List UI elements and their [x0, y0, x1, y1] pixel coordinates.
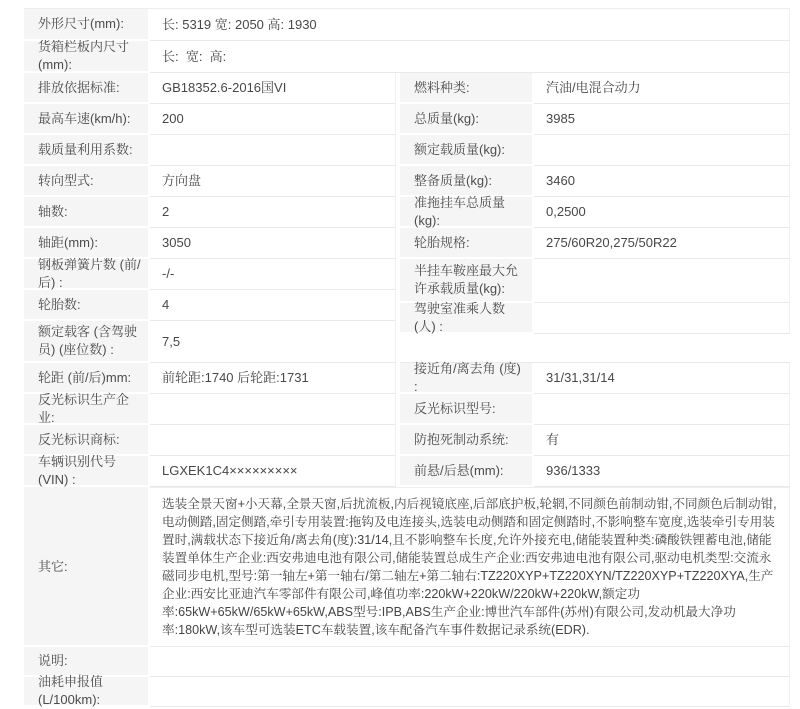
- spec-value: 选装全景天窗+小天幕,全景天窗,后扰流板,内后视镜底座,后部底护板,轮辋,不同颜…: [150, 487, 790, 647]
- spec-label: 货箱栏板内尺寸(mm):: [24, 41, 148, 73]
- spec-label: 防抱死制动系统:: [400, 425, 532, 456]
- right-column: 燃料种类: 汽油/电混合动力 总质量(kg): 3985 额定载质量(kg): …: [400, 73, 790, 487]
- row-load-utilization-factor: 载质量利用系数:: [24, 135, 396, 166]
- spec-label: 驾驶室准乘人数 (人) :: [400, 303, 532, 334]
- spec-value: 200: [150, 104, 396, 135]
- row-axle-count: 轴数: 2: [24, 197, 396, 228]
- spec-label: 反光标识生产企业:: [24, 394, 148, 425]
- spec-value: 3985: [534, 104, 790, 135]
- row-fuel-type: 燃料种类: 汽油/电混合动力: [400, 73, 790, 104]
- spec-value: GB18352.6-2016国VI: [150, 73, 396, 104]
- spec-value: 前轮距:1740 后轮距:1731: [150, 363, 396, 394]
- left-column: 排放依据标准: GB18352.6-2016国VI 最高车速(km/h): 20…: [24, 73, 396, 487]
- spec-label: 轴距(mm):: [24, 228, 148, 259]
- row-steering-type: 转向型式: 方向盘: [24, 166, 396, 197]
- spec-value: [150, 647, 790, 677]
- spec-value: [150, 425, 396, 456]
- row-approach-departure-angle: 接近角/离去角 (度) : 31/31,31/14: [400, 363, 790, 394]
- vehicle-spec-sheet: 外形尺寸(mm): 长: 5319 宽: 2050 高: 1930 货箱栏板内尺…: [24, 8, 790, 685]
- row-cargo-box-dimensions: 货箱栏板内尺寸(mm): 长: 宽: 高:: [24, 41, 790, 73]
- row-abs: 防抱死制动系统: 有: [400, 425, 790, 456]
- spec-value: 31/31,31/14: [534, 363, 790, 394]
- spec-label: 燃料种类:: [400, 73, 532, 104]
- spec-value: [534, 135, 790, 166]
- spec-label: 转向型式:: [24, 166, 148, 197]
- spec-value: 长: 宽: 高:: [150, 41, 790, 73]
- row-max-speed: 最高车速(km/h): 200: [24, 104, 396, 135]
- spec-value: [534, 259, 790, 303]
- row-wheelbase: 轴距(mm): 3050: [24, 228, 396, 259]
- spec-value: 方向盘: [150, 166, 396, 197]
- spec-label: 其它:: [24, 487, 148, 647]
- spec-label: 额定载客 (含驾驶员) (座位数) :: [24, 321, 148, 363]
- row-tire-spec: 轮胎规格: 275/60R20,275/50R22: [400, 228, 790, 259]
- spec-label: 反光标识商标:: [24, 425, 148, 456]
- row-other: 其它: 选装全景天窗+小天幕,全景天窗,后扰流板,内后视镜底座,后部底护板,轮辋…: [24, 487, 790, 647]
- row-track-width: 轮距 (前/后)mm: 前轮距:1740 后轮距:1731: [24, 363, 396, 394]
- spec-label: 接近角/离去角 (度) :: [400, 363, 532, 394]
- spec-value: 7,5: [150, 321, 396, 363]
- spec-value: 3050: [150, 228, 396, 259]
- row-seating-capacity: 额定载客 (含驾驶员) (座位数) : 7,5: [24, 321, 396, 363]
- spec-label: 总质量(kg):: [400, 104, 532, 135]
- spec-value: [150, 394, 396, 425]
- spec-label: 最高车速(km/h):: [24, 104, 148, 135]
- right-column-spacer: [400, 334, 790, 363]
- row-exterior-dimensions: 外形尺寸(mm): 长: 5319 宽: 2050 高: 1930: [24, 9, 790, 41]
- spec-value: [534, 394, 790, 425]
- row-tire-count: 轮胎数: 4: [24, 290, 396, 321]
- row-curb-mass: 整备质量(kg): 3460: [400, 166, 790, 197]
- spec-label: 钢板弹簧片数 (前/后) :: [24, 259, 148, 290]
- spec-value: 2: [150, 197, 396, 228]
- spec-value: -/-: [150, 259, 396, 290]
- row-emission-standard: 排放依据标准: GB18352.6-2016国VI: [24, 73, 396, 104]
- spec-label: 前悬/后悬(mm):: [400, 456, 532, 487]
- spec-label: 排放依据标准:: [24, 73, 148, 104]
- spec-value: 275/60R20,275/50R22: [534, 228, 790, 259]
- spec-value: 3460: [534, 166, 790, 197]
- spec-value: [150, 677, 790, 685]
- spec-value: [534, 303, 790, 334]
- spec-value: 汽油/电混合动力: [534, 73, 790, 104]
- spec-label: 整备质量(kg):: [400, 166, 532, 197]
- row-towable-trailer-mass: 准拖挂车总质量(kg): 0,2500: [400, 197, 790, 228]
- spec-value: 936/1333: [534, 456, 790, 487]
- spec-label: 额定载质量(kg):: [400, 135, 532, 166]
- spec-label: 准拖挂车总质量(kg):: [400, 197, 532, 228]
- spec-label: 轴数:: [24, 197, 148, 228]
- spec-label: 油耗申报值(L/100km):: [24, 677, 148, 685]
- row-reflective-marking-trademark: 反光标识商标:: [24, 425, 396, 456]
- spec-label: 载质量利用系数:: [24, 135, 148, 166]
- spec-label: 轮胎规格:: [400, 228, 532, 259]
- spec-value: LGXEK1C4×××××××××: [150, 456, 396, 487]
- spec-label: 反光标识型号:: [400, 394, 532, 425]
- spec-value: 有: [534, 425, 790, 456]
- spec-columns: 排放依据标准: GB18352.6-2016国VI 最高车速(km/h): 20…: [24, 73, 790, 487]
- spec-value: [150, 135, 396, 166]
- spec-value: 4: [150, 290, 396, 321]
- spec-label: 车辆识别代号 (VIN) :: [24, 456, 148, 487]
- row-leaf-spring-count: 钢板弹簧片数 (前/后) : -/-: [24, 259, 396, 290]
- row-rated-load-mass: 额定载质量(kg):: [400, 135, 790, 166]
- row-total-mass: 总质量(kg): 3985: [400, 104, 790, 135]
- row-fuel-consumption: 油耗申报值(L/100km):: [24, 677, 790, 685]
- spec-label: 轮距 (前/后)mm:: [24, 363, 148, 394]
- spec-value: 0,2500: [534, 197, 790, 228]
- spec-label: 外形尺寸(mm):: [24, 9, 148, 41]
- row-vin: 车辆识别代号 (VIN) : LGXEK1C4×××××××××: [24, 456, 396, 487]
- row-reflective-marking-model: 反光标识型号:: [400, 394, 790, 425]
- spec-label: 半挂车鞍座最大允许承载质量(kg):: [400, 259, 532, 303]
- spec-value: 长: 5319 宽: 2050 高: 1930: [150, 9, 790, 41]
- row-cab-passenger-count: 驾驶室准乘人数 (人) :: [400, 303, 790, 334]
- row-fifth-wheel-load: 半挂车鞍座最大允许承载质量(kg):: [400, 259, 790, 303]
- row-front-rear-overhang: 前悬/后悬(mm): 936/1333: [400, 456, 790, 487]
- row-reflective-marking-manufacturer: 反光标识生产企业:: [24, 394, 396, 425]
- spec-label: 轮胎数:: [24, 290, 148, 321]
